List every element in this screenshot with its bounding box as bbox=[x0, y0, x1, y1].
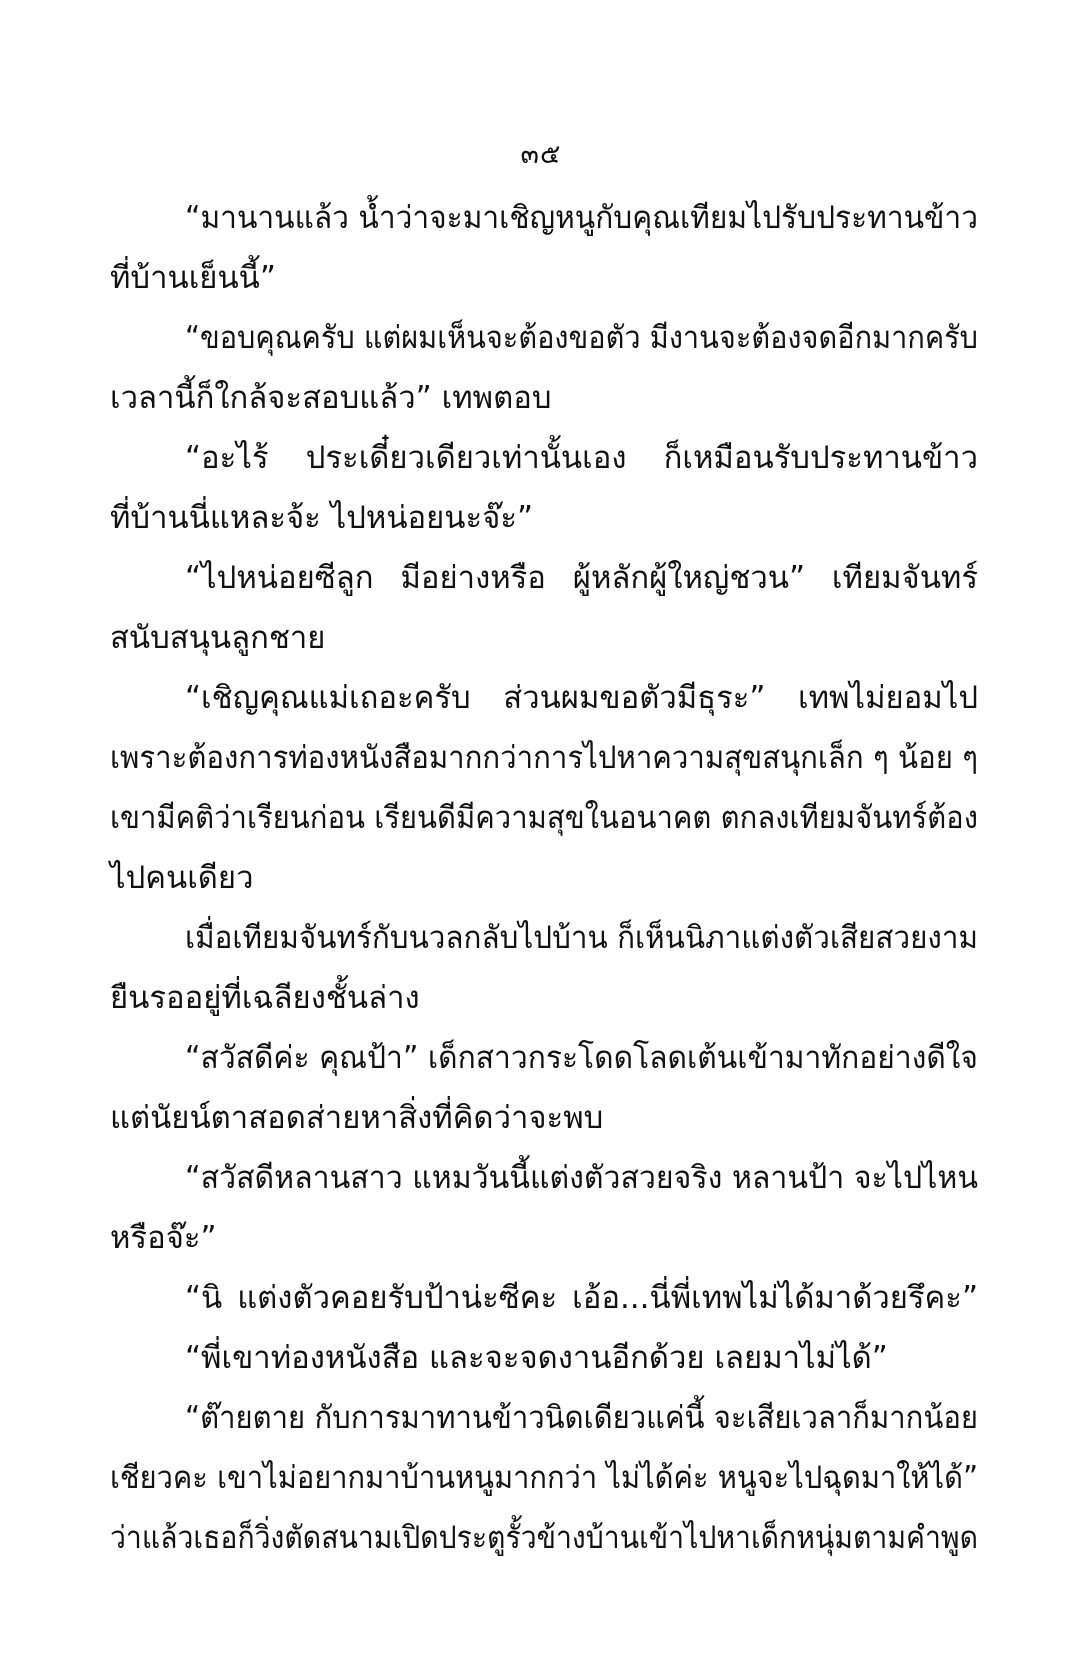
text-line: เชียวคะ เขาไม่อยากมาบ้านหนูมากกว่า ไม่ได… bbox=[110, 1448, 978, 1508]
book-page: ๓๕ “มานานแล้ว น้ำว่าจะมาเชิญหนูกับคุณเที… bbox=[0, 0, 1082, 1667]
text-line: “นิ แต่งตัวคอยรับป้าน่ะซีคะ เอ้อ...นี่พี… bbox=[110, 1268, 978, 1328]
text-line: หรือจ๊ะ” bbox=[110, 1208, 978, 1268]
text-line: “ไปหน่อยซีลูก มีอย่างหรือ ผู้หลักผู้ใหญ่… bbox=[110, 548, 978, 608]
text-line: “มานานแล้ว น้ำว่าจะมาเชิญหนูกับคุณเทียมไ… bbox=[110, 188, 978, 248]
body-text: “มานานแล้ว น้ำว่าจะมาเชิญหนูกับคุณเทียมไ… bbox=[110, 188, 978, 1568]
text-line: เพราะต้องการท่องหนังสือมากกว่าการไปหาควา… bbox=[110, 728, 978, 788]
text-line: เขามีคติว่าเรียนก่อน เรียนดีมีความสุขในอ… bbox=[110, 788, 978, 848]
text-line: “สวัสดีค่ะ คุณป้า” เด็กสาวกระโดดโลดเต้นเ… bbox=[110, 1028, 978, 1088]
text-line: “อะไร้ ประเดี๋ยวเดียวเท่านั้นเอง ก็เหมือ… bbox=[110, 428, 978, 488]
text-line: ยืนรออยู่ที่เฉลียงชั้นล่าง bbox=[110, 968, 978, 1028]
text-line: “ขอบคุณครับ แต่ผมเห็นจะต้องขอตัว มีงานจะ… bbox=[110, 308, 978, 368]
text-line: สนับสนุนลูกชาย bbox=[110, 608, 978, 668]
text-line: ไปคนเดียว bbox=[110, 848, 978, 908]
text-line: ที่บ้านนี่แหละจ้ะ ไปหน่อยนะจ๊ะ” bbox=[110, 488, 978, 548]
text-line: เมื่อเทียมจันทร์กับนวลกลับไปบ้าน ก็เห็นน… bbox=[110, 908, 978, 968]
text-line: “พี่เขาท่องหนังสือ และจะจดงานอีกด้วย เลย… bbox=[110, 1328, 978, 1388]
text-line: ว่าแล้วเธอก็วิ่งตัดสนามเปิดประตูรั้วข้าง… bbox=[110, 1508, 978, 1568]
text-line: แต่นัยน์ตาสอดส่ายหาสิ่งที่คิดว่าจะพบ bbox=[110, 1088, 978, 1148]
text-line: “สวัสดีหลานสาว แหมวันนี้แต่งตัวสวยจริง ห… bbox=[110, 1148, 978, 1208]
text-line: เวลานี้ก็ใกล้จะสอบแล้ว” เทพตอบ bbox=[110, 368, 978, 428]
text-line: ที่บ้านเย็นนี้” bbox=[110, 248, 978, 308]
text-line: “เชิญคุณแม่เถอะครับ ส่วนผมขอตัวมีธุระ” เ… bbox=[110, 668, 978, 728]
page-number: ๓๕ bbox=[0, 132, 1082, 175]
text-line: “ต๊ายตาย กับการมาทานข้าวนิดเดียวแค่นี้ จ… bbox=[110, 1388, 978, 1448]
